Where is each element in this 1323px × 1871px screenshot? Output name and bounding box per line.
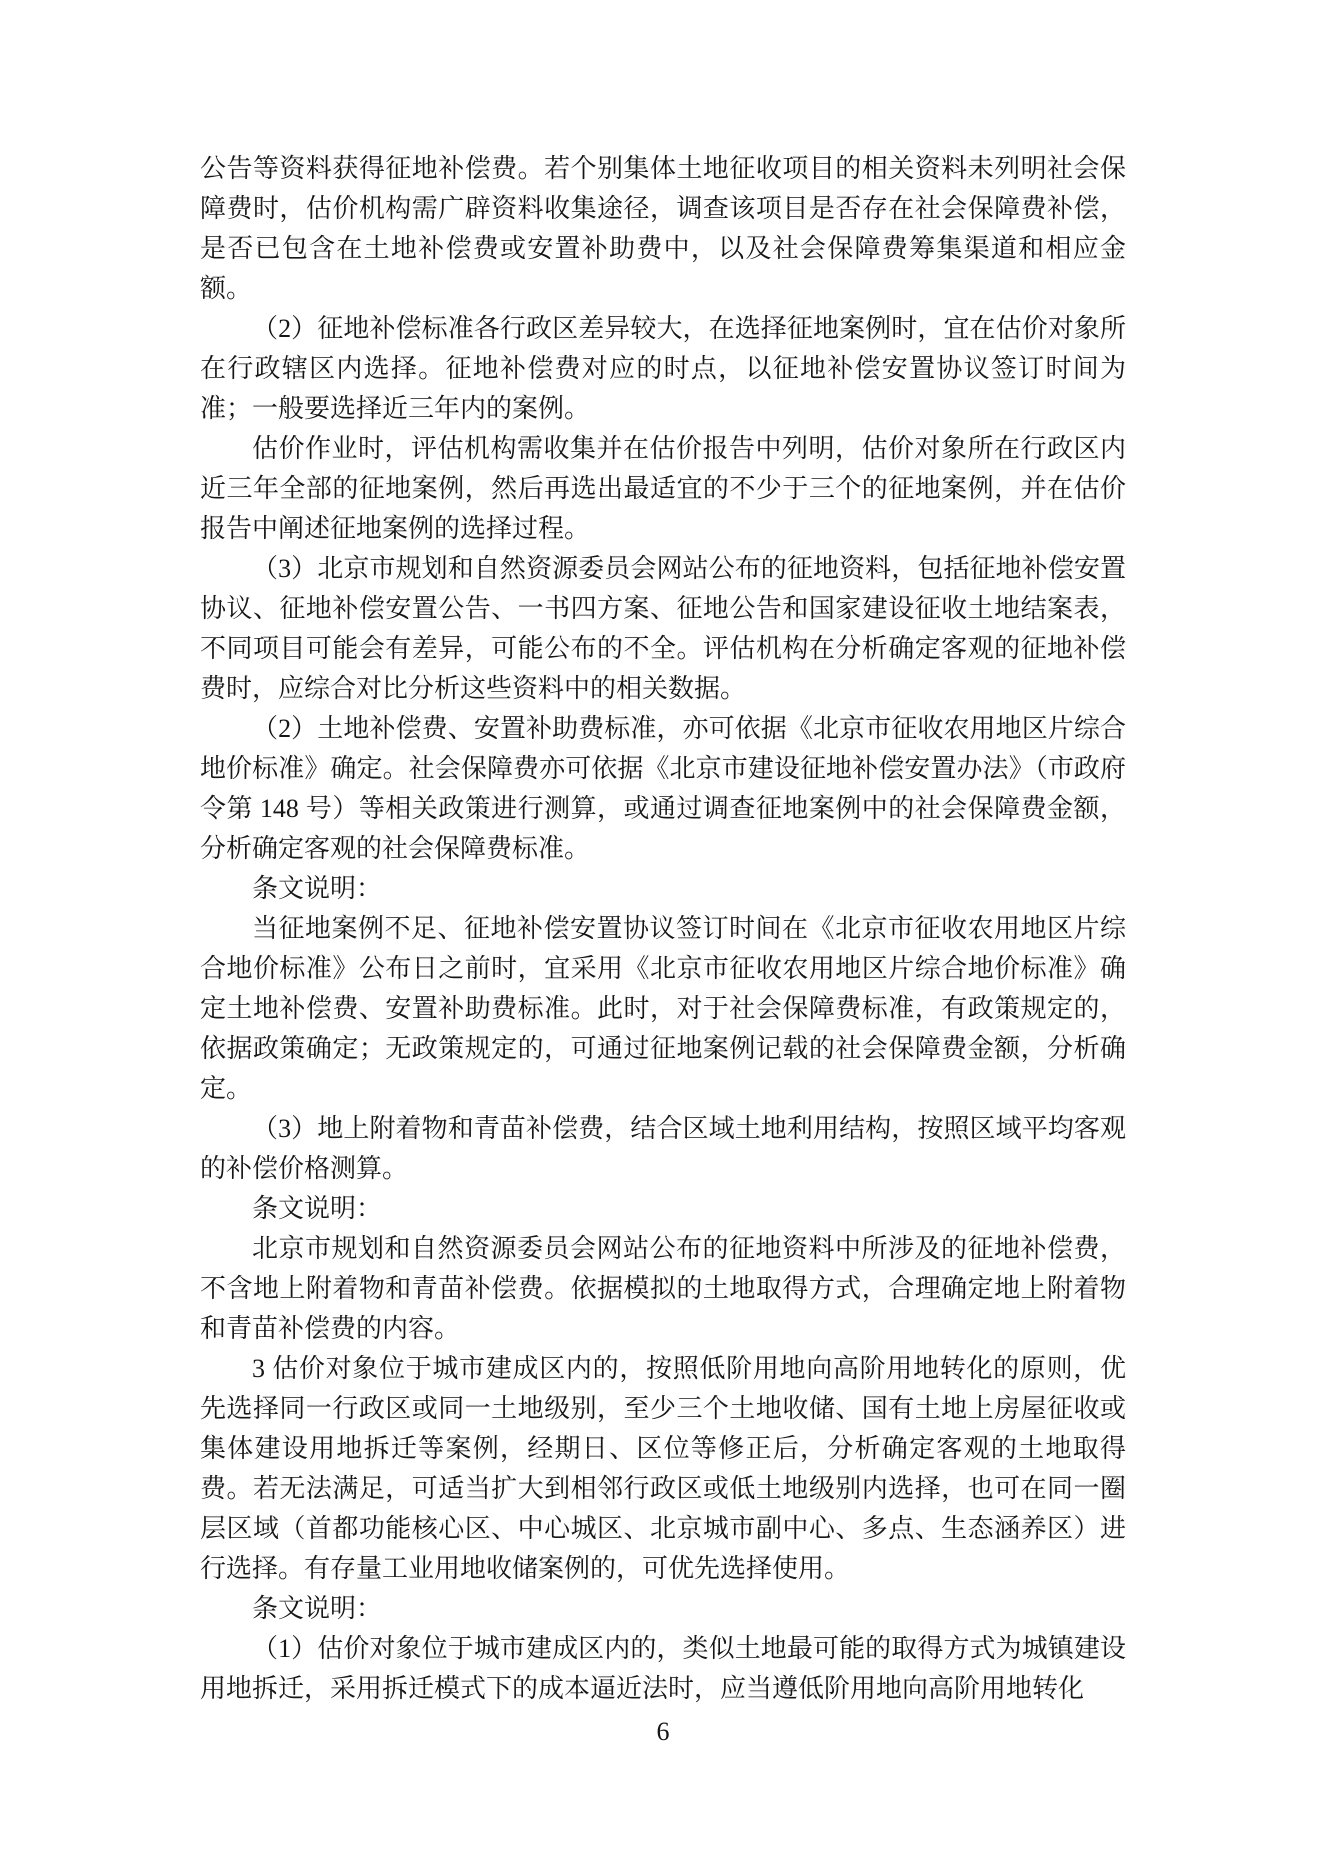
text-body: 公告等资料获得征地补偿费。若个别集体土地征收项目的相关资料未列明社会保障费时，估… [200, 149, 1126, 1709]
page-number: 6 [200, 1712, 1126, 1752]
paragraph: （1）估价对象位于城市建成区内的，类似土地最可能的取得方式为城镇建设用地拆迁，采… [200, 1629, 1126, 1709]
paragraph: （3）北京市规划和自然资源委员会网站公布的征地资料，包括征地补偿安置协议、征地补… [200, 549, 1126, 709]
paragraph: 条文说明： [200, 869, 1126, 909]
paragraph: 3 估价对象位于城市建成区内的，按照低阶用地向高阶用地转化的原则，优先选择同一行… [200, 1349, 1126, 1589]
paragraph: 北京市规划和自然资源委员会网站公布的征地资料中所涉及的征地补偿费，不含地上附着物… [200, 1229, 1126, 1349]
document-page: 公告等资料获得征地补偿费。若个别集体土地征收项目的相关资料未列明社会保障费时，估… [0, 0, 1323, 1871]
paragraph: 估价作业时，评估机构需收集并在估价报告中列明，估价对象所在行政区内近三年全部的征… [200, 429, 1126, 549]
paragraph: 公告等资料获得征地补偿费。若个别集体土地征收项目的相关资料未列明社会保障费时，估… [200, 149, 1126, 309]
paragraph: 当征地案例不足、征地补偿安置协议签订时间在《北京市征收农用地区片综合地价标准》公… [200, 909, 1126, 1109]
paragraph: （2）征地补偿标准各行政区差异较大，在选择征地案例时，宜在估价对象所在行政辖区内… [200, 309, 1126, 429]
paragraph: 条文说明： [200, 1189, 1126, 1229]
paragraph: 条文说明： [200, 1589, 1126, 1629]
document-root: { "page": { "number": "6", "paragraphs":… [0, 0, 1323, 1871]
paragraph: （3）地上附着物和青苗补偿费，结合区域土地利用结构，按照区域平均客观的补偿价格测… [200, 1109, 1126, 1189]
paragraph: （2）土地补偿费、安置补助费标准，亦可依据《北京市征收农用地区片综合地价标准》确… [200, 709, 1126, 869]
